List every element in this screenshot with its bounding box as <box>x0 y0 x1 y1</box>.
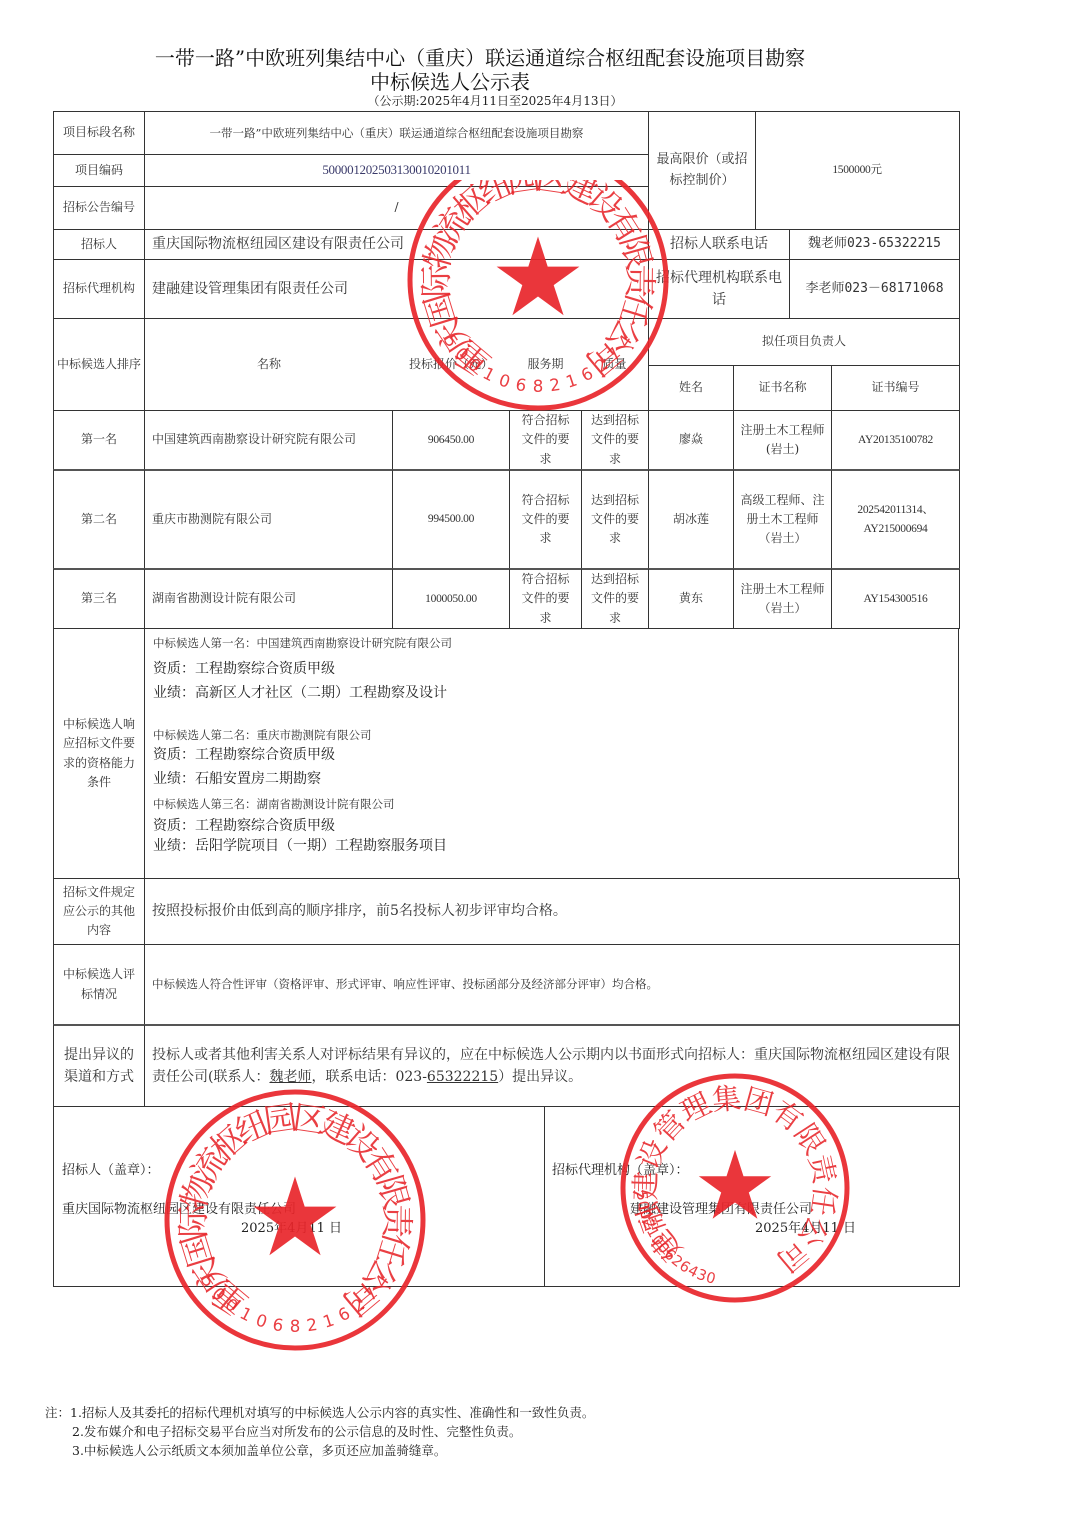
objection-content: 投标人或者其他利害关系人对评标结果有异议的，应在中标候选人公示期内以书面形式向招… <box>144 1024 960 1107</box>
candidate-2-rank: 第二名 <box>53 469 145 569</box>
qual-cert-2: 资质：工程勘察综合资质甲级 <box>153 743 950 767</box>
objection-phone: 65322215 <box>427 1069 498 1085</box>
label-project-code: 项目编码 <box>53 154 145 187</box>
tenderer-signature-cell <box>53 1106 545 1287</box>
label-project-name: 项目标段名称 <box>53 111 145 155</box>
project-code: 500001202503130010201011 <box>144 154 649 187</box>
header-rank: 中标候选人排序 <box>53 318 145 411</box>
svg-text:1: 1 <box>237 1304 255 1326</box>
publicity-period: （公示期:2025年4月11日至2025年4月13日） <box>0 92 990 109</box>
svg-text:8: 8 <box>290 1317 301 1336</box>
header-manager-group: 拟任项目负责人 <box>648 318 960 366</box>
agency-signature-cell <box>544 1106 960 1287</box>
header-cert-no: 证书编号 <box>831 365 960 411</box>
label-evaluation: 中标候选人评标情况 <box>53 944 145 1025</box>
tenderer-phone: 魏老师023-65322215 <box>789 229 960 260</box>
label-agency: 招标代理机构 <box>53 259 145 319</box>
candidate-1-name: 中国建筑西南勘察设计研究院有限公司 <box>144 410 393 470</box>
candidate-2-cert-no: 202542011314、AY215000694 <box>831 469 960 569</box>
qual-cert-1: 资质：工程勘察综合资质甲级 <box>153 657 950 681</box>
note-1: 注：1.招标人及其委托的招标代理机对填写的中标候选人公示内容的真实性、准确性和一… <box>45 1403 594 1422</box>
label-max-price: 最高限价（或招标控制价） <box>648 111 756 230</box>
label-objection: 提出异议的渠道和方式 <box>53 1024 145 1107</box>
header-service-period: 服务期 <box>509 318 582 411</box>
candidate-1-price: 906450.00 <box>392 410 510 470</box>
agency-sign-name: 建融建设管理集团有限责任公司 <box>630 1198 812 1217</box>
candidate-3-name: 湖南省勘测设计院有限公司 <box>144 568 393 629</box>
header-quality: 质量 <box>581 318 649 411</box>
qual-head-1: 中标候选人第一名：中国建筑西南勘察设计研究院有限公司 <box>153 635 950 651</box>
label-notice-no: 招标公告编号 <box>53 186 145 230</box>
svg-text:6: 6 <box>335 1304 353 1326</box>
notes: 注：1.招标人及其委托的招标代理机对填写的中标候选人公示内容的真实性、准确性和一… <box>45 1403 594 1460</box>
candidate-3-cert-no: AY154300516 <box>831 568 960 629</box>
candidate-2-quality: 达到招标文件的要求 <box>581 469 649 569</box>
agency-phone: 李老师023－68171068 <box>789 259 960 319</box>
candidate-2-manager: 胡冰莲 <box>648 469 734 569</box>
svg-text:0: 0 <box>253 1310 269 1331</box>
tenderer-sign-name: 重庆国际物流枢纽园区建设有限责任公司 <box>62 1198 296 1217</box>
candidate-3-period: 符合招标文件的要求 <box>509 568 582 629</box>
svg-text:1: 1 <box>320 1310 336 1331</box>
svg-text:2: 2 <box>305 1315 318 1335</box>
label-other: 招标文件规定应公示的其他内容 <box>53 878 145 945</box>
agency: 建融建设管理集团有限责任公司 <box>144 259 649 319</box>
label-tenderer: 招标人 <box>53 229 145 260</box>
candidate-1-cert-no: AY20135100782 <box>831 410 960 470</box>
qual-perf-2: 业绩：石船安置房二期勘察 <box>153 767 950 791</box>
max-price: 1500000元 <box>755 111 960 230</box>
agency-sign-date: 2025年4月11 日 <box>755 1217 856 1236</box>
candidate-3-rank: 第三名 <box>53 568 145 629</box>
note-2: 2.发布媒介和电子招标交易平台应当对所发布的公示信息的及时性、完整性负责。 <box>45 1422 594 1441</box>
notice-no: / <box>144 186 649 230</box>
header-cert-name: 证书名称 <box>733 365 832 411</box>
candidate-2-cert-name: 高级工程师、注册土木工程师（岩土） <box>733 469 832 569</box>
document-subtitle: 中标候选人公示表 <box>0 66 900 95</box>
candidate-3-manager: 黄东 <box>648 568 734 629</box>
svg-text:6: 6 <box>271 1315 284 1335</box>
candidate-3-quality: 达到招标文件的要求 <box>581 568 649 629</box>
candidate-2-price: 994500.00 <box>392 469 510 569</box>
candidate-1-manager: 廖焱 <box>648 410 734 470</box>
qual-head-3: 中标候选人第三名：湖南省勘测设计院有限公司 <box>153 796 950 812</box>
qual-head-2: 中标候选人第二名：重庆市勘测院有限公司 <box>153 727 950 743</box>
qual-perf-1: 业绩：高新区人才社区（二期）工程勘察及设计 <box>153 681 950 705</box>
other-content: 按照投标报价由低到高的顺序排序，前5名投标人初步评审均合格。 <box>144 878 960 945</box>
header-name: 名称 <box>144 318 393 411</box>
header-price: 投标报价（元） <box>392 318 510 411</box>
candidate-2-name: 重庆市勘测院有限公司 <box>144 469 393 569</box>
objection-contact: 魏老师 <box>269 1069 311 1085</box>
note-3: 3.中标候选人公示纸质文本须加盖单位公章，多页还应加盖骑缝章。 <box>45 1441 594 1460</box>
qual-perf-3: 业绩：岳阳学院项目（一期）工程勘察服务项目 <box>153 836 950 856</box>
candidate-1-quality: 达到招标文件的要求 <box>581 410 649 470</box>
project-name: 一带一路”中欧班列集结中心（重庆）联运通道综合枢纽配套设施项目勘察 <box>144 111 649 155</box>
candidate-3-price: 1000050.00 <box>392 568 510 629</box>
label-agency-phone: 招标代理机构联系电话 <box>648 259 790 319</box>
candidate-2-period: 符合招标文件的要求 <box>509 469 582 569</box>
evaluation-content: 中标候选人符合性评审（资格评审、形式评审、响应性评审、投标函部分及经济部分评审）… <box>144 944 960 1025</box>
qual-cert-3: 资质：工程勘察综合资质甲级 <box>153 816 950 836</box>
candidate-1-cert-name: 注册土木工程师(岩土) <box>733 410 832 470</box>
candidate-1-rank: 第一名 <box>53 410 145 470</box>
tenderer: 重庆国际物流枢纽园区建设有限责任公司 <box>144 229 649 260</box>
svg-text:0: 0 <box>221 1295 241 1317</box>
tenderer-sign-date: 2025年4月11 日 <box>241 1217 342 1236</box>
header-manager-name: 姓名 <box>648 365 734 411</box>
tenderer-seal-label: 招标人（盖章）： <box>62 1159 160 1178</box>
svg-text:2: 2 <box>349 1295 369 1317</box>
candidate-3-cert-name: 注册土木工程师（岩土） <box>733 568 832 629</box>
label-qualification: 中标候选人响应招标文件要求的资格能力条件 <box>53 628 145 879</box>
label-tenderer-phone: 招标人联系电话 <box>648 229 790 260</box>
qualification-content: 中标候选人第一名：中国建筑西南勘察设计研究院有限公司 资质：工程勘察综合资质甲级… <box>144 628 959 879</box>
candidate-1-period: 符合招标文件的要求 <box>509 410 582 470</box>
agency-seal-label: 招标代理机构（盖章）： <box>552 1159 689 1178</box>
